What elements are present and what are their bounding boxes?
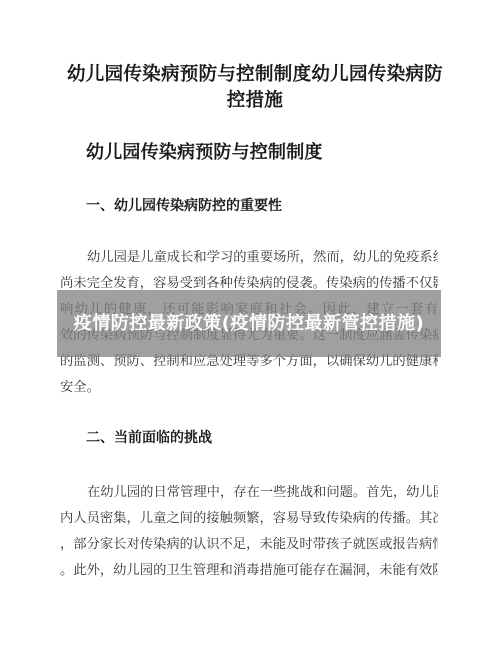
paragraph-line: 安全。: [60, 375, 438, 401]
paragraph-challenges: 在幼儿园的日常管理中，存在一些挑战和问题。首先，幼儿园 内人员密集，儿童之间的接…: [60, 480, 438, 584]
caption-overlay: 疫情防控最新政策(疫情防控最新管控措施): [57, 290, 441, 357]
paragraph-line: 在幼儿园的日常管理中，存在一些挑战和问题。首先，幼儿园: [60, 480, 438, 506]
caption-text: 疫情防控最新政策(疫情防控最新管控措施): [74, 311, 424, 337]
paragraph-line: 幼儿园是儿童成长和学习的重要场所，然而，幼儿的免疫系统: [60, 245, 438, 271]
section-heading: 幼儿园传染病预防与控制制度: [86, 140, 323, 166]
subsection-heading-importance: 一、幼儿园传染病防控的重要性: [86, 196, 282, 216]
document-title: 幼儿园传染病预防与控制制度幼儿园传染病防控措施: [60, 62, 450, 114]
document-page: 幼儿园传染病预防与控制制度幼儿园传染病防控措施 幼儿园传染病预防与控制制度 一、…: [0, 0, 500, 647]
paragraph-line: ，部分家长对传染病的认识不足，未能及时带孩子就医或报告病情: [60, 532, 438, 558]
paragraph-line: 。此外，幼儿园的卫生管理和消毒措施可能存在漏洞，未能有效阻: [60, 558, 438, 584]
subsection-heading-challenges: 二、当前面临的挑战: [86, 428, 212, 448]
paragraph-line: 内人员密集，儿童之间的接触频繁，容易导致传染病的传播。其次: [60, 506, 438, 532]
